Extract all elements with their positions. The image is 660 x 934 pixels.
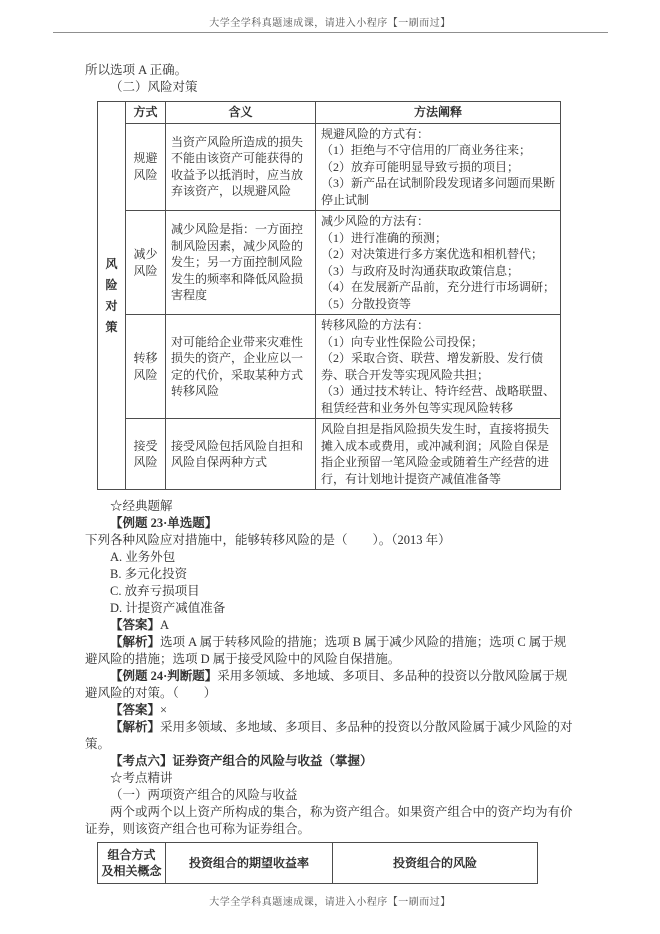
meaning-cell: 当资产风险所造成的损失不能由该资产可能获得的收益予以抵消时，应当放弃该资产，以规… [166, 123, 316, 211]
method-cell: 规避风险 [126, 123, 166, 211]
explain-cell: 转移风险的方法有： （1）向专业性保险公司投保； （2）采取合资、联营、增发新股… [316, 315, 561, 419]
explain-line: （2）采取合资、联营、增发新股、发行债券、联合开发等实现风险共担； [321, 350, 555, 383]
risk-countermeasure-table: 风险对策 方式 含义 方法阐释 规避风险 当资产风险所造成的损失不能由该资产可能… [97, 101, 561, 490]
header-rule [53, 32, 608, 33]
table-row: 接受风险 接受风险包括风险自担和风险自保两种方式 风险自担是指风险损失发生时，直… [98, 419, 561, 490]
side-label-cell: 风险对策 [98, 102, 126, 490]
meaning-cell: 接受风险包括风险自担和风险自保两种方式 [166, 419, 316, 490]
explain-line: （1）拒绝与不守信用的厂商业务往来； [321, 142, 555, 159]
method-cell: 转移风险 [126, 315, 166, 419]
carryover-line: 所以选项 A 正确。 [85, 62, 577, 79]
answer-24-label: 【答案】 [110, 703, 160, 717]
explain-line: 转移风险的方法有： [321, 317, 555, 334]
meaning-cell: 对可能给企业带来灾难性损失的资产，企业应以一定的代价，采取某种方式转移风险 [166, 315, 316, 419]
portfolio-table: 组合方式 及相关概念 投资组合的期望收益率 投资组合的风险 [97, 842, 538, 884]
table-row: 转移风险 对可能给企业带来灾难性损失的资产，企业应以一定的代价，采取某种方式转移… [98, 315, 561, 419]
classic-heading: ☆经典题解 [85, 498, 577, 515]
analysis-23: 【解析】选项 A 属于转移风险的措施；选项 B 属于减少风险的措施；选项 C 属… [85, 634, 577, 668]
question-23: 【例题 23·单选题】下列各种风险应对措施中，能够转移风险的是（ ）。（2013… [85, 515, 577, 549]
option-b: B. 多元化投资 [85, 566, 577, 583]
question-23-label: 【例题 23·单选题】 [110, 516, 217, 530]
topic6-paragraph: 两个或两个以上资产所构成的集合，称为资产组合。如果资产组合中的资产均为有价证券，… [85, 804, 577, 838]
meaning-cell: 减少风险是指：一方面控制风险因素，减少风险的发生；另一方面控制风险发生的频率和降… [166, 211, 316, 315]
portfolio-col1-header: 组合方式 及相关概念 [98, 843, 166, 884]
question-24: 【例题 24·判断题】采用多领域、多地域、多项目、多品种的投资以分散风险属于规避… [85, 668, 577, 702]
col-header-meaning: 含义 [166, 102, 316, 124]
analysis-24: 【解析】采用多领域、多地域、多项目、多品种的投资以分散风险属于减少风险的对策。 [85, 719, 577, 753]
portfolio-col1-line: 组合方式 [100, 847, 163, 863]
col-header-explain: 方法阐释 [316, 102, 561, 124]
explain-line: （1）向专业性保险公司投保； [321, 334, 555, 351]
document-page: 大学全学科真题速成课，请进入小程序【一刷而过】 所以选项 A 正确。 （二）风险… [0, 0, 660, 934]
explain-line: （4）在发展新产品前，充分进行市场调研； [321, 279, 555, 296]
table-header-row: 组合方式 及相关概念 投资组合的期望收益率 投资组合的风险 [98, 843, 538, 884]
analysis-24-label: 【解析】 [110, 720, 160, 734]
answer-24: 【答案】× [85, 702, 577, 719]
method-cell: 接受风险 [126, 419, 166, 490]
explain-cell: 减少风险的方法有： （1）进行准确的预测； （2）对决策进行多方案优选和相机替代… [316, 211, 561, 315]
question-24-label: 【例题 24·判断题】 [110, 669, 217, 683]
analysis-23-label: 【解析】 [110, 635, 160, 649]
page-footer-text: 大学全学科真题速成课，请进入小程序【一刷而过】 [0, 893, 660, 908]
portfolio-col1-line: 及相关概念 [100, 863, 163, 879]
explain-line: 减少风险的方法有： [321, 213, 555, 230]
answer-23: 【答案】A [85, 617, 577, 634]
portfolio-col2-header: 投资组合的期望收益率 [166, 843, 333, 884]
explain-line: 规避风险的方式有： [321, 126, 555, 143]
explain-cell: 风险自担是指风险损失发生时，直接将损失摊入成本或费用，或冲减利润；风险自保是指企… [316, 419, 561, 490]
explain-line: （3）新产品在试制阶段发现诸多问题而果断停止试制 [321, 175, 555, 208]
explain-line: 风险自担是指风险损失发生时，直接将损失摊入成本或费用，或冲减利润；风险自保是指企… [321, 421, 555, 487]
method-cell: 减少风险 [126, 211, 166, 315]
explain-line: （1）进行准确的预测； [321, 230, 555, 247]
col-header-method: 方式 [126, 102, 166, 124]
explain-line: （2）对决策进行多方案优选和相机替代； [321, 246, 555, 263]
answer-23-label: 【答案】 [110, 618, 160, 632]
explain-cell: 规避风险的方式有： （1）拒绝与不守信用的厂商业务往来； （2）放弃可能明显导致… [316, 123, 561, 211]
explain-line: （3）通过技术转让、特许经营、战略联盟、租赁经营和业务外包等实现风险转移 [321, 383, 555, 416]
portfolio-col3-header: 投资组合的风险 [333, 843, 538, 884]
option-a: A. 业务外包 [85, 549, 577, 566]
page-header-text: 大学全学科真题速成课，请进入小程序【一刷而过】 [0, 14, 660, 29]
page-content: 所以选项 A 正确。 （二）风险对策 风险对策 方式 含义 方法阐释 规避风险 … [85, 62, 577, 884]
explain-line: （3）与政府及时沟通获取政策信息； [321, 263, 555, 280]
explain-line: （5）分散投资等 [321, 296, 555, 313]
answer-23-value: A [160, 618, 169, 632]
option-d: D. 计提资产减值准备 [85, 600, 577, 617]
question-23-stem: 下列各种风险应对措施中，能够转移风险的是（ ）。（2013 年） [85, 533, 451, 547]
topic6-subsection: （一）两项资产组合的风险与收益 [85, 787, 577, 804]
explain-line: （2）放弃可能明显导致亏损的项目； [321, 159, 555, 176]
option-c: C. 放弃亏损项目 [85, 583, 577, 600]
section-title: （二）风险对策 [85, 79, 577, 96]
topic6-title-text: 【考点六】证券资产组合的风险与收益（掌握） [110, 754, 373, 768]
table-row: 规避风险 当资产风险所造成的损失不能由该资产可能获得的收益予以抵消时，应当放弃该… [98, 123, 561, 211]
topic6-title: 【考点六】证券资产组合的风险与收益（掌握） [85, 753, 577, 770]
table-row: 减少风险 减少风险是指：一方面控制风险因素，减少风险的发生；另一方面控制风险发生… [98, 211, 561, 315]
answer-24-value: × [160, 703, 167, 717]
topic6-star: ☆考点精讲 [85, 770, 577, 787]
table-header-row: 风险对策 方式 含义 方法阐释 [98, 102, 561, 124]
